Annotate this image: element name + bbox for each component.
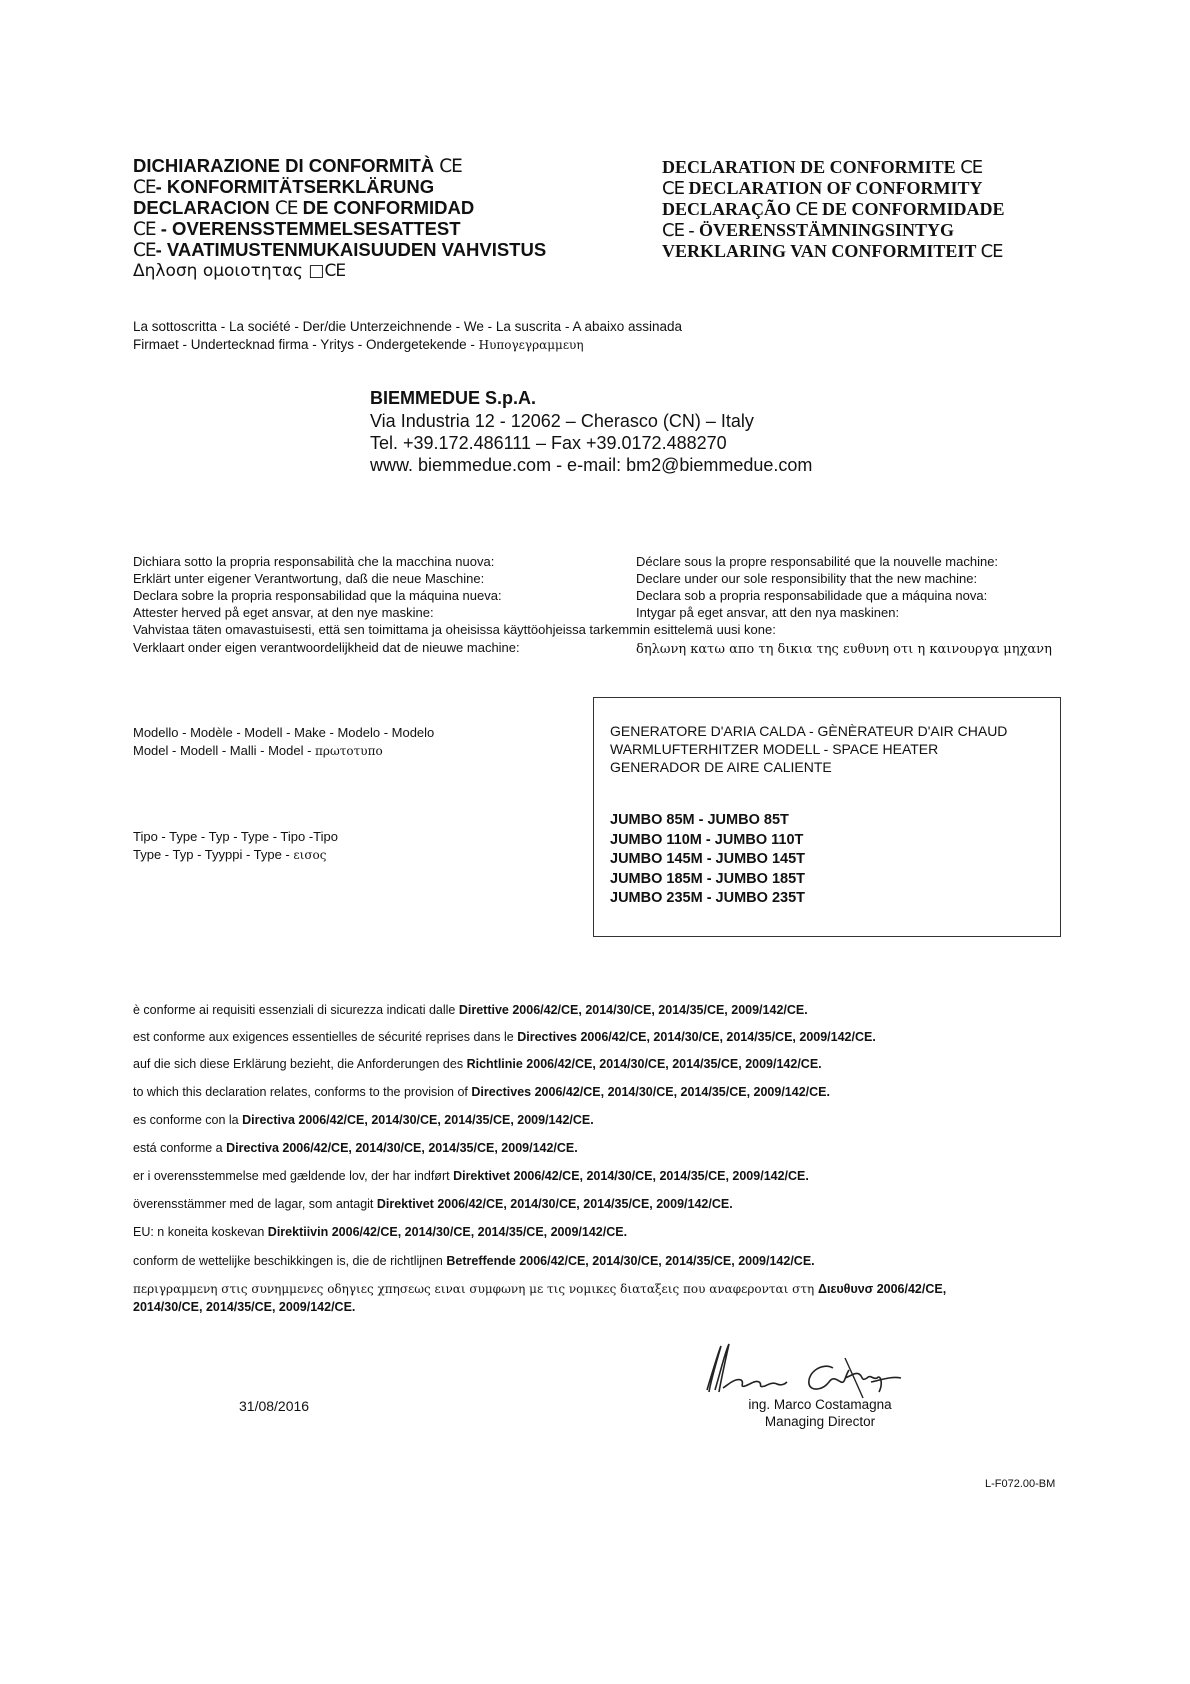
heading-fr: DECLARATION DE CONFORMITE CE [662, 157, 982, 178]
ce-mark-icon: CE [439, 156, 462, 177]
model-item: JUMBO 145M - JUMBO 145T [610, 850, 805, 870]
ce-mark-icon: CE [324, 261, 345, 281]
ce-mark-icon: CE [796, 199, 818, 220]
product-description-line: WARMLUFTERHITZER MODELL - SPACE HEATER [610, 740, 1007, 758]
conformity-gr: περιγραμμενη στις συνημμενες οδηγιες χπη… [133, 1281, 946, 1297]
declaration-da: Attester herved på eget ansvar, at den n… [133, 604, 434, 622]
conformity-fi: EU: n koneita koskevan Direktiivin 2006/… [133, 1224, 627, 1240]
conformity-fr: est conforme aux exigences essentielles … [133, 1029, 876, 1045]
heading-nl: VERKLARING VAN CONFORMITEIT CE [662, 241, 1003, 262]
signature-icon [695, 1340, 905, 1400]
heading-es: DECLARACION CE DE CONFORMIDAD [133, 197, 474, 219]
heading-de: CE- KONFORMITÄTSERKLÄRUNG [133, 176, 434, 198]
conformity-nl: conform de wettelijke beschikkingen is, … [133, 1253, 815, 1269]
model-item: JUMBO 235M - JUMBO 235T [610, 889, 805, 909]
declaration-sv: Intygar på eget ansvar, att den nya mask… [636, 604, 899, 622]
document-code: L-F072.00-BM [985, 1478, 1055, 1490]
ce-mark-icon: CE [275, 198, 298, 219]
declaration-nl: Verklaart onder eigen verantwoordelijkhe… [133, 639, 520, 657]
company-name: BIEMMEDUE S.p.A. [370, 387, 536, 409]
company-phone: Tel. +39.172.486111 – Fax +39.0172.48827… [370, 432, 727, 454]
ce-mark-icon: CE [981, 241, 1003, 262]
model-item: JUMBO 85M - JUMBO 85T [610, 811, 805, 831]
conformity-pt: está conforme a Directiva 2006/42/CE, 20… [133, 1140, 578, 1156]
model-item: JUMBO 185M - JUMBO 185T [610, 870, 805, 890]
heading-pt: DECLARAÇÃO CE DE CONFORMIDADE [662, 199, 1004, 220]
type-label-line-2: Type - Typ - Tyyppi - Type - εισος [133, 846, 326, 865]
conformity-gr-cont: 2014/30/CE, 2014/35/CE, 2009/142/CE. [133, 1299, 355, 1315]
heading-en: CE DECLARATION OF CONFORMITY [662, 178, 982, 199]
signatory-name: ing. Marco Costamagna [720, 1396, 920, 1413]
declaration-it: Dichiara sotto la propria responsabilità… [133, 553, 494, 571]
conformity-sv: överensstämmer med de lagar, som antagit… [133, 1196, 733, 1212]
conformity-en: to which this declaration relates, confo… [133, 1084, 830, 1100]
ce-mark-icon: CE [960, 157, 982, 178]
model-label-line-1: Modello - Modèle - Modell - Make - Model… [133, 724, 434, 742]
product-description-line: GENERATORE D'ARIA CALDA - GÈNÈRATEUR D'A… [610, 722, 1007, 740]
ce-mark-icon: CE [133, 219, 156, 240]
heading-gr: Δηλοση ομοιοτητας □CE [133, 261, 345, 282]
product-description: GENERATORE D'ARIA CALDA - GÈNÈRATEUR D'A… [610, 722, 1007, 776]
ce-mark-icon: CE [662, 220, 684, 241]
heading-fi: CE- VAATIMUSTENMUKAISUUDEN VAHVISTUS [133, 239, 546, 261]
heading-da: CE - OVERENSSTEMMELSESATTEST [133, 218, 461, 240]
conformity-it: è conforme ai requisiti essenziali di si… [133, 1002, 808, 1018]
declaration-fi: Vahvistaa täten omavastuisesti, että sen… [133, 621, 776, 639]
ce-mark-icon: CE [133, 240, 156, 261]
conformity-de: auf die sich diese Erklärung bezieht, di… [133, 1056, 822, 1072]
product-box: GENERATORE D'ARIA CALDA - GÈNÈRATEUR D'A… [593, 697, 1061, 937]
heading-sv: CE - ÖVERENSSTÄMNINGSINTYG [662, 220, 954, 241]
declaration-fr: Déclare sous la propre responsabilité qu… [636, 553, 998, 571]
model-item: JUMBO 110M - JUMBO 110T [610, 831, 805, 851]
ce-mark-icon: CE [133, 177, 156, 198]
undersigned-line-1: La sottoscritta - La société - Der/die U… [133, 318, 682, 336]
product-description-line: GENERADOR DE AIRE CALIENTE [610, 758, 1007, 776]
conformity-da: er i overensstemmelse med gældende lov, … [133, 1168, 809, 1184]
heading-it: DICHIARAZIONE DI CONFORMITÀ CE [133, 155, 462, 177]
declaration-pt: Declara sob a propria responsabilidade q… [636, 587, 987, 605]
declaration-gr: δηλωνη κατω απο τη δικια της ευθυνη οτι … [636, 641, 1052, 659]
date: 31/08/2016 [239, 1398, 309, 1414]
product-models: JUMBO 85M - JUMBO 85T JUMBO 110M - JUMBO… [610, 811, 805, 909]
declaration-es: Declara sobre la propria responsabilidad… [133, 587, 502, 605]
company-web: www. biemmedue.com - e-mail: bm2@biemmed… [370, 454, 812, 476]
signatory-title: Managing Director [720, 1413, 920, 1430]
declaration-de: Erklärt unter eigener Verantwortung, daß… [133, 570, 484, 588]
conformity-es: es conforme con la Directiva 2006/42/CE,… [133, 1112, 594, 1128]
ce-mark-icon: CE [662, 178, 684, 199]
declaration-en: Declare under our sole responsibility th… [636, 570, 977, 588]
type-label-line-1: Tipo - Type - Typ - Type - Tipo -Tipo [133, 828, 338, 846]
company-address: Via Industria 12 - 12062 – Cherasco (CN)… [370, 410, 754, 432]
undersigned-line-2: Firmaet - Undertecknad firma - Yritys - … [133, 336, 584, 354]
model-label-line-2: Model - Modell - Malli - Model - πρωτοτυ… [133, 742, 383, 761]
